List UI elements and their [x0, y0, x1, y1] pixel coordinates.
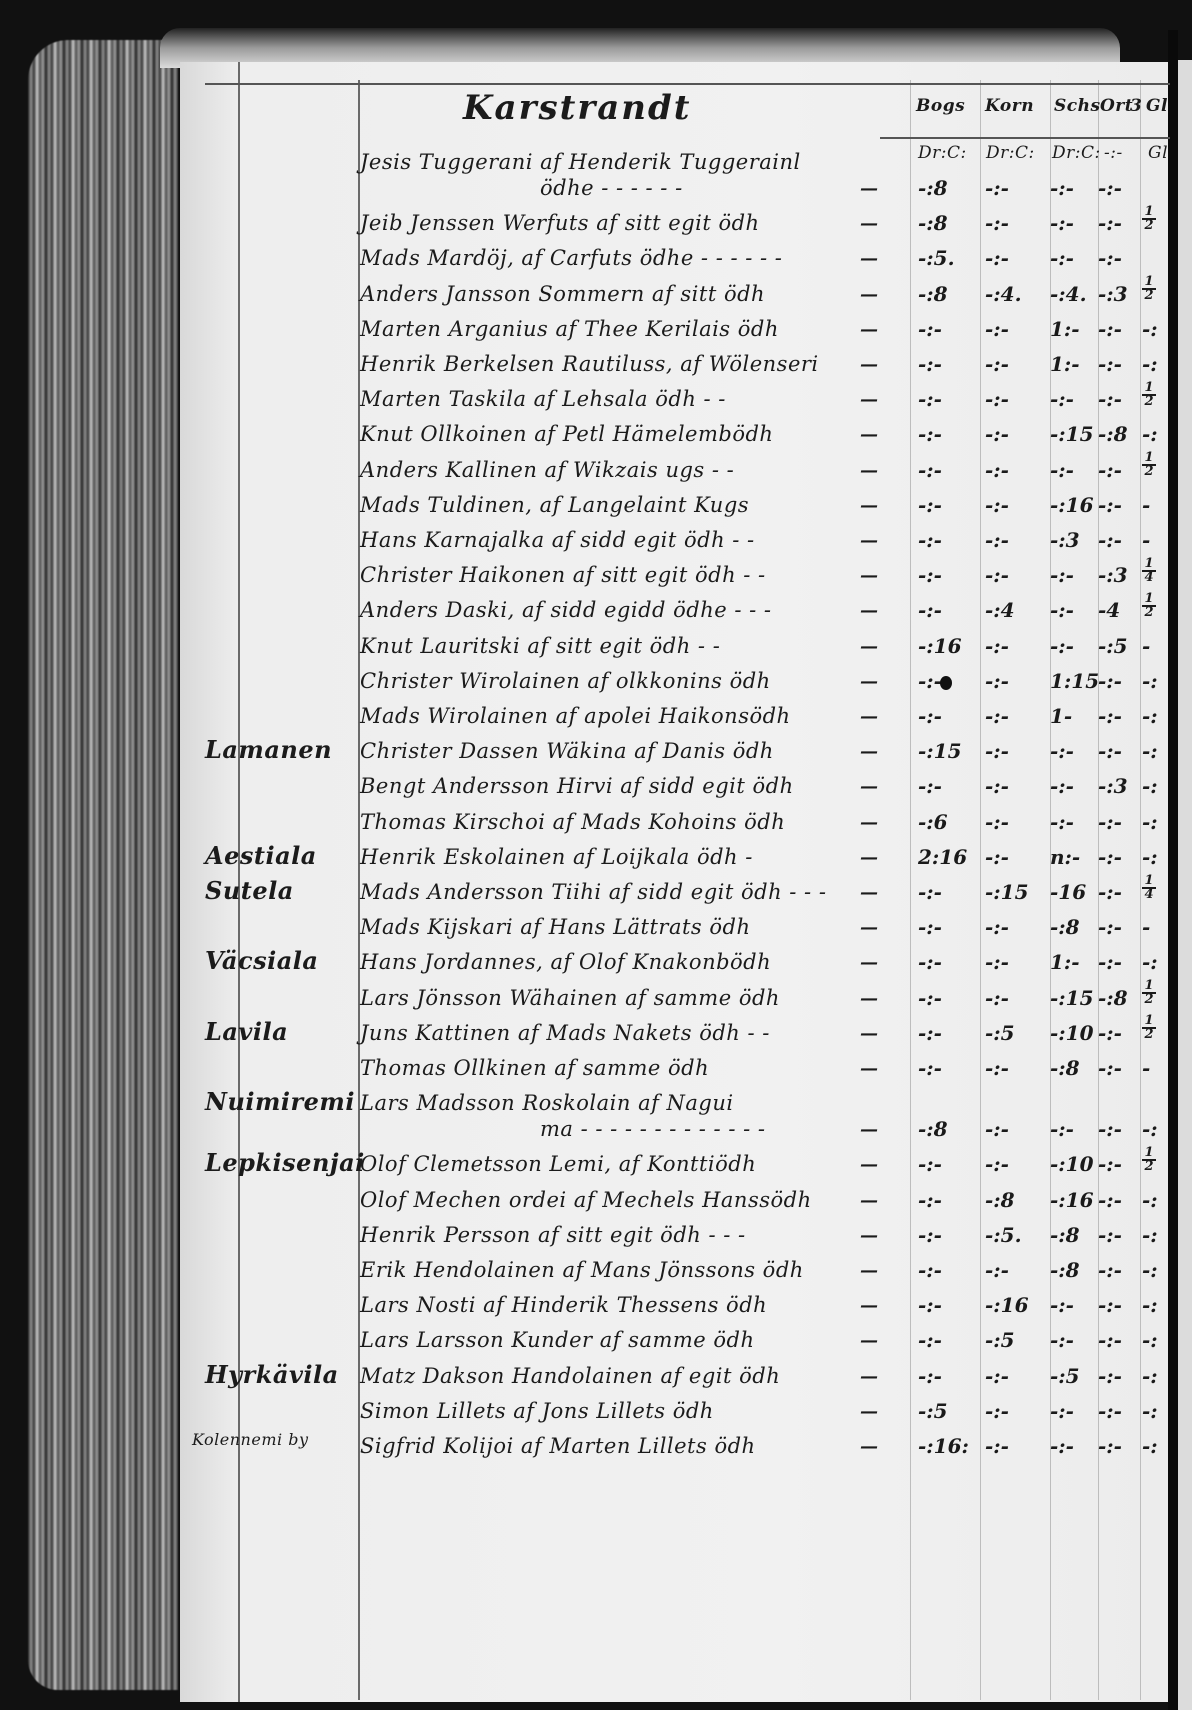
leader-dashes: —: [860, 988, 880, 1009]
entry-text: Henrik Eskolainen af Loijkala ödh -: [360, 845, 753, 869]
entry-value: -:3: [1098, 282, 1128, 306]
entry-value: -:-: [1050, 774, 1074, 798]
leader-dashes: —: [860, 1260, 880, 1281]
entry-value: 1:-: [1050, 317, 1080, 341]
entry-value: -:4.: [1050, 282, 1087, 306]
entry-value: -:16: [985, 1293, 1029, 1317]
leader-dashes: —: [860, 706, 880, 727]
entry-value: -:8: [918, 211, 948, 235]
entry-value: -:8: [1050, 1223, 1080, 1247]
entry-value: -:-: [918, 493, 942, 517]
leader-dashes: —: [860, 565, 880, 586]
margin-village-name: Lepkisenjai: [205, 1148, 365, 1177]
column-subheader: -:-: [1104, 143, 1123, 163]
entry-value: -:-: [918, 352, 942, 376]
entry-value: -4: [1098, 598, 1120, 622]
entry-value: -:-: [918, 528, 942, 552]
entry-text: Juns Kattinen af Mads Nakets ödh - -: [360, 1021, 770, 1045]
entry-value: -:-: [985, 774, 1009, 798]
entry-value: -:-: [918, 1152, 942, 1176]
entry-value: -:-: [1050, 211, 1074, 235]
entry-value: -:-: [1050, 598, 1074, 622]
leader-dashes: —: [860, 1190, 880, 1211]
entry-value: -:-: [1098, 317, 1122, 341]
entry-value: -:-: [1098, 704, 1122, 728]
fraction: 12: [1142, 276, 1156, 302]
entry-value: -:-: [1098, 1117, 1122, 1141]
entry-value: 1-: [1050, 704, 1072, 728]
entry-text: Mads Kijskari af Hans Lättrats ödh: [360, 915, 750, 939]
entry-value: -:-: [1098, 1434, 1122, 1458]
entry-text: Mads Andersson Tiihi af sidd egit ödh - …: [360, 880, 826, 904]
entry-value: -:8: [918, 176, 948, 200]
entry-text: Erik Hendolainen af Mans Jönssons ödh: [360, 1258, 804, 1282]
entry-value: -:-: [918, 1223, 942, 1247]
leader-dashes: —: [860, 248, 880, 269]
column-rule: [980, 80, 981, 1700]
entry-value: -:-: [918, 1328, 942, 1352]
entry-value: -:8: [1050, 915, 1080, 939]
entry-text: Henrik Berkelsen Rautiluss, af Wölenseri: [360, 352, 819, 376]
entry-value: -:6: [918, 810, 948, 834]
entry-text: Simon Lillets af Jons Lillets ödh: [360, 1399, 714, 1423]
entry-value: -:10: [1050, 1152, 1094, 1176]
leader-dashes: —: [860, 917, 880, 938]
entry-value: -:-: [1050, 1434, 1074, 1458]
leader-dashes: —: [860, 1366, 880, 1387]
column-rule: [910, 80, 911, 1700]
leader-dashes: —: [860, 741, 880, 762]
entry-value: -:-: [985, 950, 1009, 974]
entry-value: -:-: [1098, 1056, 1122, 1080]
entry-value: -:-: [985, 387, 1009, 411]
leader-dashes: —: [860, 1119, 880, 1140]
column-header: Gl: [1146, 96, 1168, 116]
entry-value: -:-: [985, 1152, 1009, 1176]
margin-village-name: Sutela: [205, 876, 294, 905]
entry-value: -:-: [1098, 950, 1122, 974]
column-subheader: Gl: [1148, 143, 1168, 163]
entry-value: -:15: [918, 739, 962, 763]
entry-text: Marten Taskila af Lehsala ödh - -: [360, 387, 726, 411]
entry-value: -:5: [918, 1399, 948, 1423]
entry-value: n:-: [1050, 845, 1080, 869]
entry-value: -: [1142, 915, 1150, 939]
entry-value: -:8: [1098, 422, 1128, 446]
entry-value: -:-: [1098, 1293, 1122, 1317]
entry-value: -:: [1142, 1117, 1158, 1141]
entry-value: -:-: [918, 458, 942, 482]
entry-value: 12: [1142, 1146, 1156, 1173]
entry-value: 12: [1142, 1015, 1156, 1042]
entry-value: -:-: [918, 387, 942, 411]
entry-value: -:: [1142, 1188, 1158, 1212]
entry-value: -:-: [1098, 845, 1122, 869]
leader-dashes: —: [860, 882, 880, 903]
entry-value: -:: [1142, 1364, 1158, 1388]
entry-value: -:-: [918, 915, 942, 939]
entry-value: -:4.: [985, 282, 1022, 306]
entry-value: -:-: [1098, 915, 1122, 939]
column-header: 3: [1130, 96, 1142, 116]
entry-value: -:-: [1098, 1328, 1122, 1352]
entry-value: -:16:: [918, 1434, 969, 1458]
entry-value: -:-: [1098, 739, 1122, 763]
entry-value: -:8: [1050, 1056, 1080, 1080]
entry-value: 1:-: [1050, 352, 1080, 376]
leader-dashes: —: [860, 1436, 880, 1457]
leader-dashes: —: [860, 636, 880, 657]
fraction: 12: [1142, 593, 1156, 619]
leader-dashes: —: [860, 812, 880, 833]
entry-value: -:10: [1050, 1021, 1094, 1045]
leader-dashes: —: [860, 952, 880, 973]
entry-value: -:-: [985, 317, 1009, 341]
entry-text: Mads Wirolainen af apolei Haikonsödh: [360, 704, 791, 728]
entry-value: -:-: [918, 422, 942, 446]
leader-dashes: —: [860, 1023, 880, 1044]
margin-village-name: Väcsiala: [205, 946, 318, 975]
entry-value: -:: [1142, 352, 1158, 376]
leader-dashes: —: [860, 530, 880, 551]
entry-value: -:-: [985, 1434, 1009, 1458]
entry-value: -:: [1142, 1258, 1158, 1282]
entry-value: -:-: [918, 950, 942, 974]
entry-value: -:-: [918, 774, 942, 798]
entry-text: Olof Clemetsson Lemi, af Konttiödh: [360, 1152, 756, 1176]
entry-value: -:-: [985, 246, 1009, 270]
margin-village-name: Lavila: [205, 1017, 288, 1046]
entry-value: -:-: [1050, 458, 1074, 482]
entry-value: -:-: [985, 211, 1009, 235]
entry-text: Hans Jordannes, af Olof Knakonbödh: [360, 950, 771, 974]
column-header: Schs: [1054, 96, 1101, 116]
column-rule: [1140, 80, 1141, 1700]
entry-value: -:: [1142, 317, 1158, 341]
entry-value: -:16: [1050, 1188, 1094, 1212]
entry-value: -:-: [1098, 810, 1122, 834]
entry-value: -:8: [918, 282, 948, 306]
leader-dashes: —: [860, 1295, 880, 1316]
entry-value: -:-: [1098, 211, 1122, 235]
entry-value: -:-: [918, 598, 942, 622]
column-header: Ort: [1100, 96, 1133, 116]
entry-value: -:5.: [985, 1223, 1022, 1247]
entry-value: -:15: [1050, 422, 1094, 446]
entry-value: -:-: [1050, 176, 1074, 200]
entry-value: -:-: [985, 563, 1009, 587]
entry-value: -:-: [1098, 1021, 1122, 1045]
entry-text: Bengt Andersson Hirvi af sidd egit ödh: [360, 774, 794, 798]
entry-value: -:: [1142, 1328, 1158, 1352]
entry-value: -:-: [1098, 1258, 1122, 1282]
entry-value: -:-: [1050, 246, 1074, 270]
facing-page-edge: [1178, 60, 1192, 1710]
leader-dashes: —: [860, 776, 880, 797]
entry-text: Christer Wirolainen af olkkonins ödh: [360, 669, 771, 693]
entry-text: Jeib Jenssen Werfuts af sitt egit ödh: [360, 211, 760, 235]
entry-value: -:-: [985, 528, 1009, 552]
entry-value: -:5: [1098, 634, 1128, 658]
entry-value: 12: [1142, 592, 1156, 619]
entry-value: -:8: [985, 1188, 1015, 1212]
entry-value: -:-: [1050, 634, 1074, 658]
entry-text: Lars Larsson Kunder af samme ödh: [360, 1328, 755, 1352]
entry-value: -:-: [1098, 1364, 1122, 1388]
book-page-edges: [28, 40, 178, 1690]
leader-dashes: —: [860, 1058, 880, 1079]
entry-text: Mads Tuldinen, af Langelaint Kugs: [360, 493, 749, 517]
entry-value: -:-: [985, 634, 1009, 658]
entry-value: -:-: [1098, 1152, 1122, 1176]
entry-text: Knut Ollkoinen af Petl Hämelembödh: [360, 422, 773, 446]
entry-text: Henrik Persson af sitt egit ödh - - -: [360, 1223, 746, 1247]
margin-village-name: Kolennemi by: [192, 1430, 308, 1449]
entry-value: -:-: [1098, 493, 1122, 517]
entry-text: Sigfrid Kolijoi af Marten Lillets ödh: [360, 1434, 756, 1458]
entry-value: -:-: [1098, 458, 1122, 482]
leader-dashes: —: [860, 389, 880, 410]
entry-value: -:-: [985, 422, 1009, 446]
entry-value: -: [1142, 528, 1150, 552]
entry-text: Hans Karnajalka af sidd egit ödh - -: [360, 528, 755, 552]
leader-dashes: —: [860, 600, 880, 621]
entry-value: -:3: [1098, 563, 1128, 587]
entry-value: -:-: [918, 986, 942, 1010]
entry-value: -:5: [985, 1021, 1015, 1045]
entry-text: Anders Daski, af sidd egidd ödhe - - -: [360, 598, 772, 622]
entry-text: Anders Kallinen af Wikzais ugs - -: [360, 458, 734, 482]
entry-value: 1:-: [1050, 950, 1080, 974]
entry-value: -:-: [1098, 1188, 1122, 1212]
entry-value: 14: [1142, 557, 1156, 584]
entry-value: -:-: [918, 1293, 942, 1317]
entry-text: Thomas Ollkinen af samme ödh: [360, 1056, 709, 1080]
entry-value: -:-: [918, 1258, 942, 1282]
entry-value: -:5: [1050, 1364, 1080, 1388]
entry-text: Christer Dassen Wäkina af Danis ödh: [360, 739, 774, 763]
entry-value: -:-: [918, 880, 942, 904]
fraction: 14: [1142, 875, 1156, 901]
leader-dashes: —: [860, 671, 880, 692]
entry-text: Olof Mechen ordei af Mechels Hanssödh: [360, 1188, 812, 1212]
entry-value: -:: [1142, 1293, 1158, 1317]
entry-continuation: ödhe - - - - - -: [540, 176, 683, 200]
entry-value: -:-: [1098, 1399, 1122, 1423]
entry-value: -:8: [1098, 986, 1128, 1010]
entry-value: -:-: [918, 1188, 942, 1212]
entry-value: -:-: [1098, 880, 1122, 904]
column-header: Korn: [985, 96, 1034, 116]
entry-value: -: [1142, 1056, 1150, 1080]
entry-value: -:3: [1050, 528, 1080, 552]
leader-dashes: —: [860, 319, 880, 340]
entry-value: -:-: [985, 352, 1009, 376]
column-header-rule: [880, 137, 1170, 139]
entry-text: Anders Jansson Sommern af sitt ödh: [360, 282, 765, 306]
entry-value: -:-: [985, 1399, 1009, 1423]
ink-blot: [940, 676, 952, 690]
entry-value: -: [1142, 634, 1150, 658]
entry-value: -:-: [1098, 669, 1122, 693]
fraction: 14: [1142, 558, 1156, 584]
entry-text: Knut Lauritski af sitt egit ödh - -: [360, 634, 720, 658]
entry-value: -:-: [985, 176, 1009, 200]
entry-value: -:-: [985, 915, 1009, 939]
entry-value: -:-: [918, 1364, 942, 1388]
leader-dashes: —: [860, 495, 880, 516]
entry-value: -:-: [918, 669, 942, 693]
entry-text: Lars Nosti af Hinderik Thessens ödh: [360, 1293, 767, 1317]
entry-value: -:-: [1050, 387, 1074, 411]
fraction: 12: [1142, 1015, 1156, 1041]
entry-value: -:-: [1050, 1399, 1074, 1423]
entry-value: -:5: [985, 1328, 1015, 1352]
column-subheader: Dr:C:: [986, 143, 1035, 163]
entry-value: -:: [1142, 704, 1158, 728]
entry-value: -:-: [985, 810, 1009, 834]
entry-value: 2:16: [918, 845, 967, 869]
leader-dashes: —: [860, 424, 880, 445]
entry-value: -:15: [1050, 986, 1094, 1010]
entry-value: 12: [1142, 205, 1156, 232]
entry-value: -:8: [918, 1117, 948, 1141]
entry-value: 1:15: [1050, 669, 1099, 693]
entry-value: -:: [1142, 422, 1158, 446]
entry-value: 12: [1142, 452, 1156, 479]
entry-value: -:-: [985, 845, 1009, 869]
entry-value: -:-: [918, 1021, 942, 1045]
entry-value: -:-: [1050, 563, 1074, 587]
entry-value: -:-: [918, 317, 942, 341]
gutter-shadow: [1168, 30, 1178, 1710]
entry-value: -:-: [1098, 387, 1122, 411]
entry-value: -:-: [918, 704, 942, 728]
column-subheader: Dr:C:: [1052, 143, 1101, 163]
entry-value: -:: [1142, 1434, 1158, 1458]
entry-value: -:15: [985, 880, 1029, 904]
entry-value: 14: [1142, 874, 1156, 901]
leader-dashes: —: [860, 1154, 880, 1175]
entry-value: -:-: [1050, 810, 1074, 834]
entry-value: -:-: [985, 739, 1009, 763]
fraction: 12: [1142, 980, 1156, 1006]
entry-value: -:4: [985, 598, 1015, 622]
entry-value: -:-: [1050, 739, 1074, 763]
entry-value: -:16: [1050, 493, 1094, 517]
entry-value: -:: [1142, 669, 1158, 693]
entry-text: Jesis Tuggerani af Henderik Tuggerainl: [360, 150, 801, 174]
entry-value: -:-: [985, 986, 1009, 1010]
leader-dashes: —: [860, 178, 880, 199]
entry-value: -:: [1142, 1399, 1158, 1423]
entry-value: -:-: [985, 493, 1009, 517]
entry-text: Lars Madsson Roskolain af Nagui: [360, 1091, 734, 1115]
entry-value: -:-: [985, 1364, 1009, 1388]
leader-dashes: —: [860, 1401, 880, 1422]
entry-value: -:-: [985, 669, 1009, 693]
entry-value: -: [1142, 493, 1150, 517]
entry-value: -:-: [985, 1056, 1009, 1080]
entry-value: -:-: [1098, 1223, 1122, 1247]
leader-dashes: —: [860, 847, 880, 868]
entry-value: -16: [1050, 880, 1086, 904]
entry-value: -:-: [918, 1056, 942, 1080]
leader-dashes: —: [860, 1330, 880, 1351]
entry-value: -:16: [918, 634, 962, 658]
entry-value: -:-: [1050, 1293, 1074, 1317]
margin-village-name: Nuimiremi: [205, 1087, 355, 1116]
entry-value: 12: [1142, 276, 1156, 303]
fraction: 12: [1142, 452, 1156, 478]
fraction: 12: [1142, 382, 1156, 408]
margin-village-name: Aestiala: [205, 841, 317, 870]
margin-village-name: Lamanen: [205, 735, 332, 764]
entry-text: Matz Dakson Handolainen af egit ödh: [360, 1364, 780, 1388]
entry-text: Christer Haikonen af sitt egit ödh - -: [360, 563, 766, 587]
entry-value: 12: [1142, 980, 1156, 1007]
entry-continuation: ma - - - - - - - - - - - - -: [540, 1117, 765, 1141]
entry-value: -:-: [1098, 528, 1122, 552]
entry-value: -:5.: [918, 246, 955, 270]
entry-value: -:-: [985, 1117, 1009, 1141]
entry-value: -:-: [1098, 176, 1122, 200]
page-heading: Karstrandt: [463, 88, 691, 128]
entry-value: -:-: [985, 704, 1009, 728]
entry-value: -:-: [1098, 352, 1122, 376]
entry-value: -:-: [1050, 1328, 1074, 1352]
entry-value: -:-: [1050, 1117, 1074, 1141]
entry-value: -:-: [1098, 246, 1122, 270]
entry-value: -:: [1142, 739, 1158, 763]
entry-value: -:-: [985, 458, 1009, 482]
entry-value: -:: [1142, 1223, 1158, 1247]
entry-value: -:-: [918, 563, 942, 587]
entry-text: Lars Jönsson Wähainen af samme ödh: [360, 986, 780, 1010]
entry-text: Thomas Kirschoi af Mads Kohoins ödh: [360, 810, 785, 834]
entry-text: Marten Arganius af Thee Kerilais ödh: [360, 317, 779, 341]
entry-value: -:: [1142, 845, 1158, 869]
entry-value: -:: [1142, 810, 1158, 834]
entry-value: -:8: [1050, 1258, 1080, 1282]
margin-village-name: Hyrkävila: [205, 1360, 339, 1389]
entry-value: -:3: [1098, 774, 1128, 798]
entry-value: -:: [1142, 950, 1158, 974]
column-subheader: Dr:C:: [918, 143, 967, 163]
column-header: Bogs: [916, 96, 965, 116]
entry-text: Mads Mardöj, af Carfuts ödhe - - - - - -: [360, 246, 782, 270]
leader-dashes: —: [860, 284, 880, 305]
leader-dashes: —: [860, 213, 880, 234]
fraction: 12: [1142, 206, 1156, 232]
leader-dashes: —: [860, 1225, 880, 1246]
entry-value: -:: [1142, 774, 1158, 798]
leader-dashes: —: [860, 354, 880, 375]
leader-dashes: —: [860, 460, 880, 481]
entry-value: -:-: [985, 1258, 1009, 1282]
top-rule: [205, 83, 1170, 85]
fraction: 12: [1142, 1147, 1156, 1173]
entry-value: 12: [1142, 381, 1156, 408]
